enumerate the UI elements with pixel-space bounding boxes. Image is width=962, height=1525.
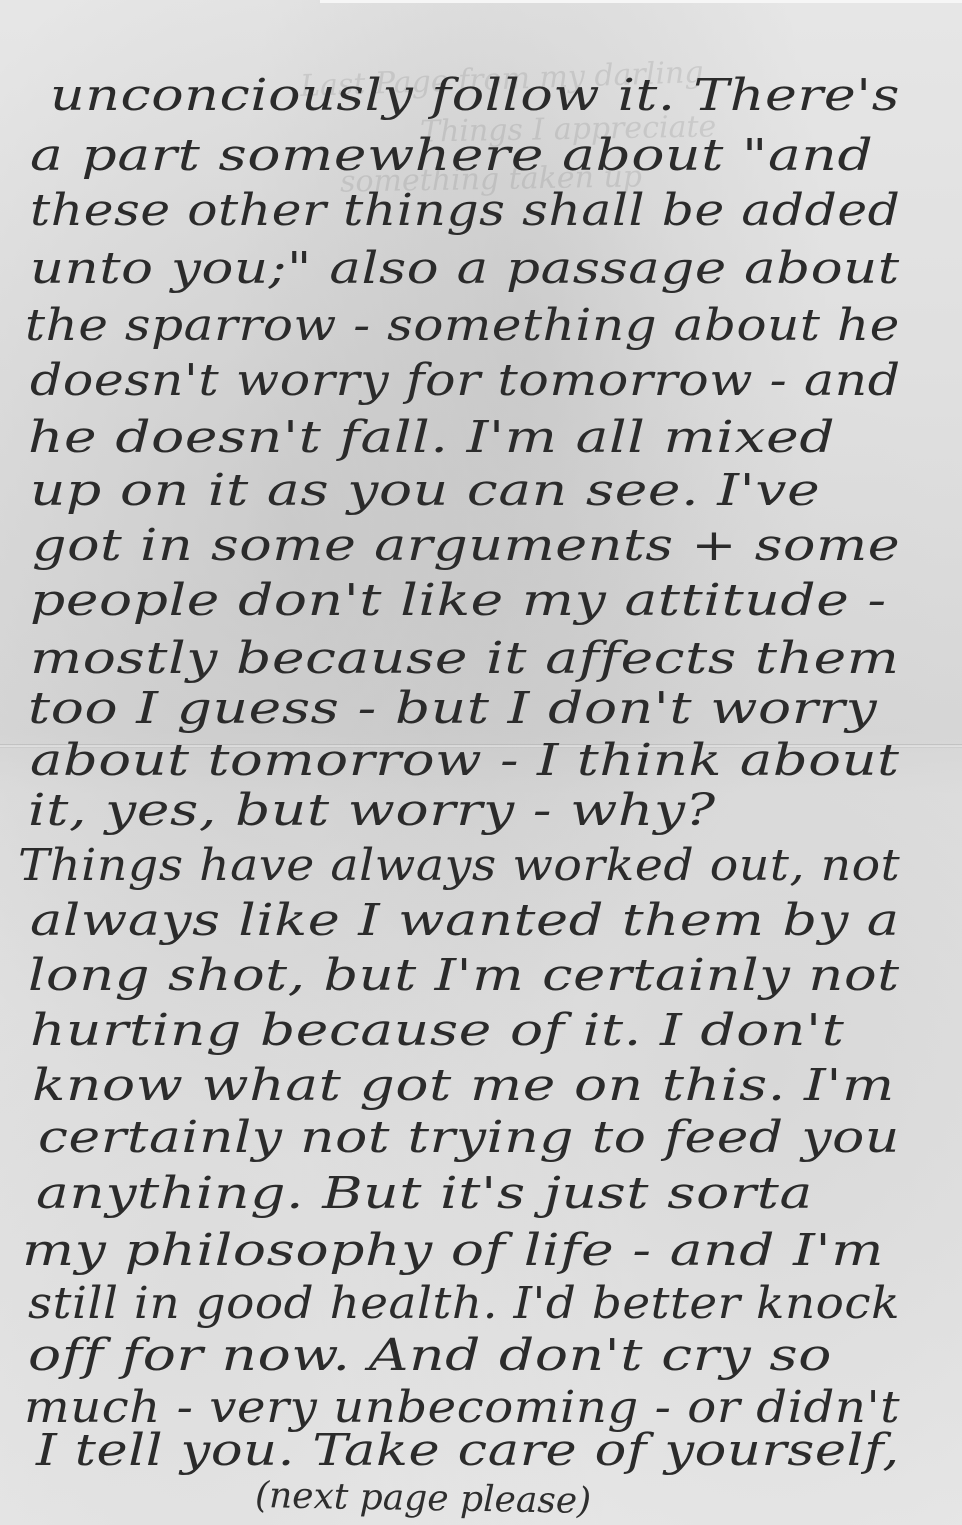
letter-line: these other things shall be added (30, 185, 900, 236)
letter-line: people don't like my attitude - (30, 575, 887, 626)
letter-line: my philosophy of life - and I'm (22, 1225, 884, 1276)
letter-line: it, yes, but worry - why? (28, 785, 716, 836)
letter-line: got in some arguments + some (32, 520, 900, 571)
letter-line: still in good health. I'd better knock (28, 1278, 900, 1329)
letter-line: mostly because it affects them (30, 633, 900, 684)
next-page-note: (next page please) (255, 1475, 592, 1522)
letter-line: Things have always worked out, not (18, 840, 900, 891)
letter-line: long shot, but I'm certainly not (28, 950, 900, 1001)
letter-line: a part somewhere about "and (30, 130, 873, 181)
letter-line: unconciously follow it. There's (50, 70, 900, 121)
letter-line: I tell you. Take care of yourself, (36, 1425, 900, 1476)
letter-line: unto you;" also a passage about (30, 243, 900, 294)
letter-line: anything. But it's just sorta (36, 1168, 813, 1219)
letter-page: Last Page from my darling Things I appre… (0, 0, 962, 1525)
letter-line: hurting because of it. I don't (30, 1005, 845, 1056)
letter-body: unconciously follow it. There's a part s… (0, 0, 962, 1525)
letter-line: off for now. And don't cry so (28, 1330, 832, 1381)
letter-line: too I guess - but I don't worry (28, 683, 877, 734)
letter-line: about tomorrow - I think about (30, 735, 900, 786)
letter-line: know what got me on this. I'm (32, 1060, 895, 1111)
letter-line: up on it as you can see. I've (30, 465, 820, 516)
letter-line: he doesn't fall. I'm all mixed (28, 412, 835, 463)
letter-line: certainly not trying to feed you (38, 1112, 900, 1163)
letter-line: always like I wanted them by a (30, 895, 900, 946)
letter-line: the sparrow - something about he (25, 300, 900, 351)
letter-line: doesn't worry for tomorrow - and (30, 355, 901, 406)
